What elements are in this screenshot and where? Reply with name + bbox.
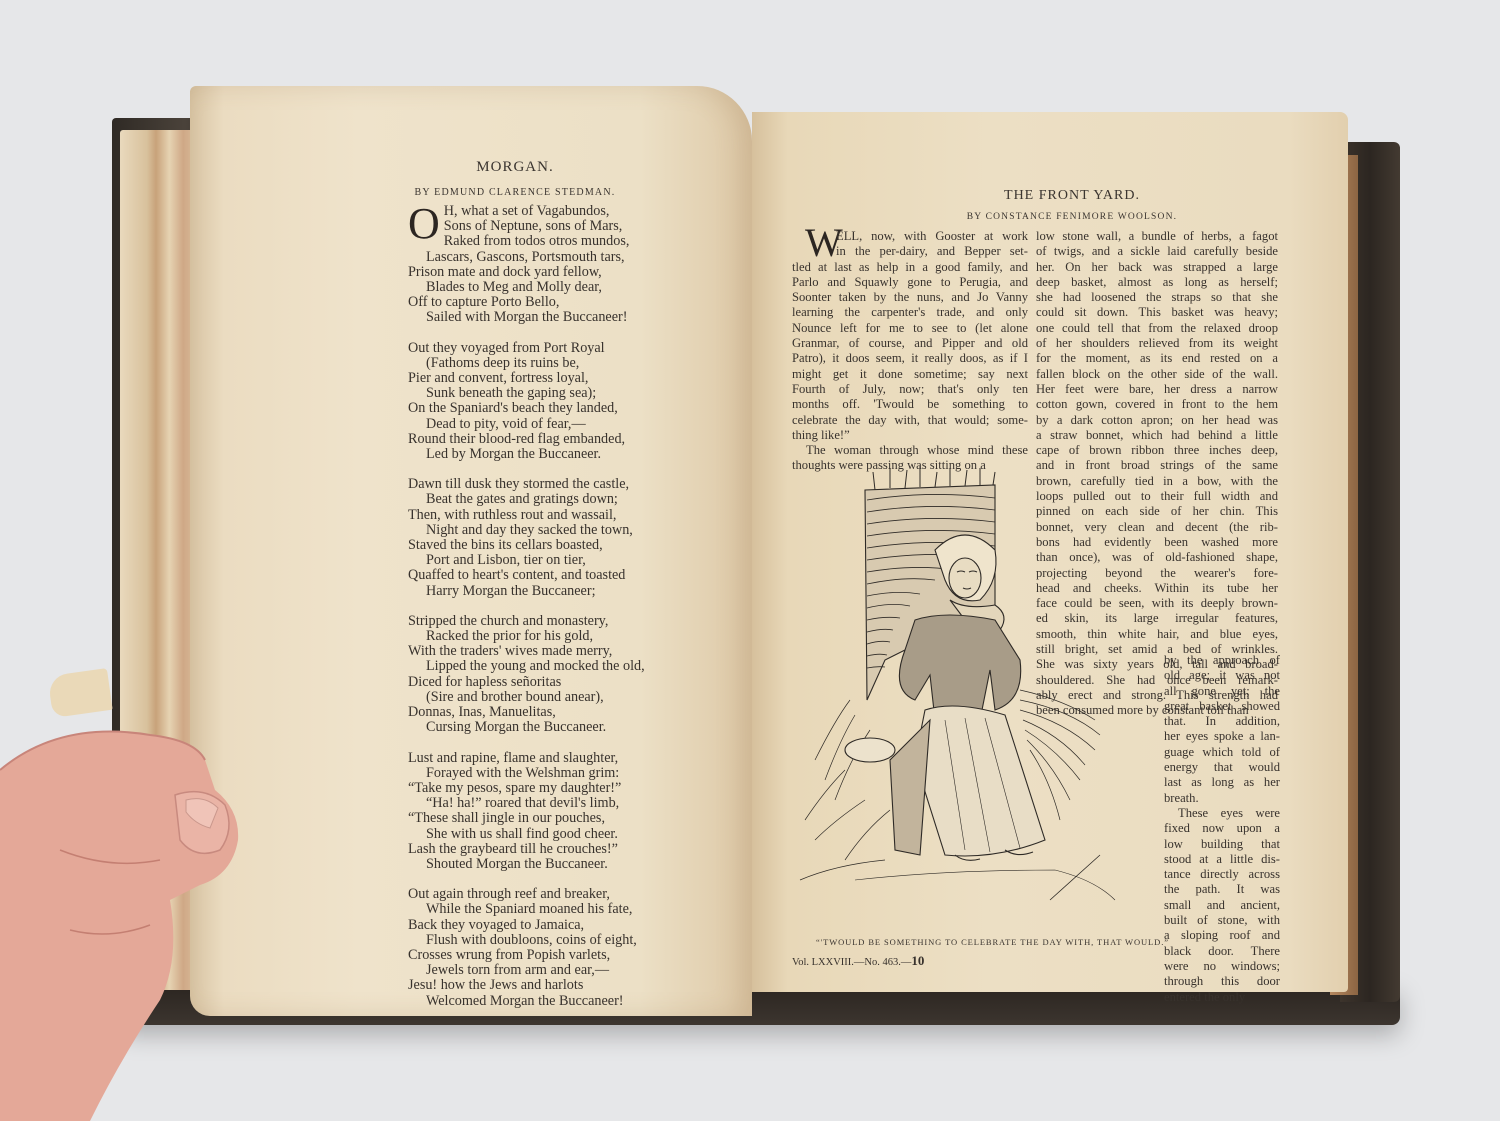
poem-line: Back they voyaged to Jamaica, (408, 918, 728, 933)
poem-line: Lust and rapine, flame and slaughter, (408, 751, 728, 766)
poem-line: “Ha! ha!” roared that devil's limb, (408, 796, 728, 811)
text-line: of her shoulders relieved from its weigh… (1036, 336, 1278, 351)
text-line: Patro), it doos seem, it really doos, as… (792, 351, 1028, 366)
text-line: celebrate the day with, that would; some… (792, 413, 1028, 428)
poem-line: Lascars, Gascons, Portsmouth tars, (408, 250, 728, 265)
poem-line: (Sire and brother bound anear), (408, 690, 728, 705)
page-folio: Vol. LXXVIII.—No. 463.—10 (792, 953, 924, 969)
text-line: of twigs, and a sickle laid carefully be… (1036, 244, 1278, 259)
illustration-caption: “'TWOULD BE SOMETHING TO CELEBRATE THE D… (816, 937, 1176, 947)
poem-stanza: Stripped the church and monastery,Racked… (408, 614, 728, 736)
story-byline: BY CONSTANCE FENIMORE WOOLSON. (932, 212, 1212, 222)
text-line: deep basket, almost as long as herself; (1036, 275, 1278, 290)
poem-line: Sunk beneath the gaping sea); (408, 386, 728, 401)
poem-line: Raked from todos otros mundos, (408, 234, 728, 249)
text-line: by a dark cotton apron; on her head was (1036, 413, 1278, 428)
poem-line: Round their blood-red flag embanded, (408, 432, 728, 447)
text-line: low building that (1164, 837, 1280, 852)
poem-line: Port and Lisbon, tier on tier, (408, 553, 728, 568)
text-line: a sloping roof and (1164, 928, 1280, 943)
text-line: breath. (1164, 791, 1280, 806)
poem-line: Jewels torn from arm and ear,— (408, 963, 728, 978)
left-page[interactable]: MORGAN. BY EDMUND CLARENCE STEDMAN. OH, … (190, 86, 752, 1016)
poem-line: Sons of Neptune, sons of Mars, (408, 219, 728, 234)
text-line: Her feet were bare, her dress a narrow (1036, 382, 1278, 397)
poem-line: Then, with ruthless rout and wassail, (408, 508, 728, 523)
poem-line: Led by Morgan the Buccaneer. (408, 447, 728, 462)
hand-holding-page (0, 700, 245, 1121)
text-line: a straw bonnet, which had behind a littl… (1036, 428, 1278, 443)
text-line: the path. It was (1164, 882, 1280, 897)
story-column-narrow: by the approach ofold age; it was notall… (1164, 653, 1280, 1005)
poem-line: Harry Morgan the Buccaneer; (408, 584, 728, 599)
folio-number: 10 (911, 953, 924, 968)
poem-line: Sailed with Morgan the Buccaneer! (408, 310, 728, 325)
poem-line: Diced for hapless señoritas (408, 675, 728, 690)
text-line: in the per-dairy, and Bepper set- (792, 244, 1028, 259)
text-line: energy that would (1164, 760, 1280, 775)
poem-line: Stripped the church and monastery, (408, 614, 728, 629)
poem-line: Dead to pity, void of fear,— (408, 417, 728, 432)
text-line: she had loosened the straps so that she (1036, 290, 1278, 305)
text-line: learning the carpenter's trade, and only (792, 305, 1028, 320)
text-line: great basket showed (1164, 699, 1280, 714)
poem-line: Forayed with the Welshman grim: (408, 766, 728, 781)
poem-line: Blades to Meg and Molly dear, (408, 280, 728, 295)
poem-stanza: Lust and rapine, flame and slaughter,For… (408, 751, 728, 873)
story-column-1: ELL, now, with Gooster at workin the per… (792, 229, 1028, 474)
poem-line: Dawn till dusk they stormed the castle, (408, 477, 728, 492)
poem-line: Shouted Morgan the Buccaneer. (408, 857, 728, 872)
text-line: thing like!” (792, 428, 1028, 443)
text-line: stood at a little dis- (1164, 852, 1280, 867)
text-line: through this door (1164, 974, 1280, 989)
poem-line: While the Spaniard moaned his fate, (408, 902, 728, 917)
poem-line: On the Spaniard's beach they landed, (408, 401, 728, 416)
text-line: fallen block on the other side of the wa… (1036, 367, 1278, 382)
poem-line: Flush with doubloons, coins of eight, (408, 933, 728, 948)
text-line: tled at last as help in a good family, a… (792, 260, 1028, 275)
poem-byline: BY EDMUND CLARENCE STEDMAN. (390, 187, 640, 198)
poem-title: MORGAN. (440, 159, 590, 176)
poem-line: Quaffed to heart's content, and toasted (408, 568, 728, 583)
story-title: THE FRONT YARD. (952, 188, 1192, 204)
text-line: might get it done sometime; say next (792, 367, 1028, 382)
text-line: Nounce left for me to see to (let alone (792, 321, 1028, 336)
text-line: small and ancient, (1164, 898, 1280, 913)
poem-line: (Fathoms deep its ruins be, (408, 356, 728, 371)
text-line: all gone yet; the (1164, 684, 1280, 699)
text-line: Granmar, of course, and Pipper and old (792, 336, 1028, 351)
poem-stanza: OH, what a set of Vagabundos,Sons of Nep… (408, 204, 728, 326)
poem-stanza: Out they voyaged from Port Royal(Fathoms… (408, 341, 728, 463)
poem-line: Staved the bins its cellars boasted, (408, 538, 728, 553)
text-line: Parlo and Squawly gone to Perugia, and (792, 275, 1028, 290)
text-line: Fourth of July, now; that's only ten (792, 382, 1028, 397)
poem-line: H, what a set of Vagabundos, (408, 204, 728, 219)
text-line: tance directly across (1164, 867, 1280, 882)
text-line: old age; it was not (1164, 668, 1280, 683)
folio-volume: Vol. LXXVIII.—No. 463.— (792, 957, 911, 968)
poem-line: Out they voyaged from Port Royal (408, 341, 728, 356)
poem-stanza: Out again through reef and breaker,While… (408, 887, 728, 1009)
poem-line: Lipped the young and mocked the old, (408, 659, 728, 674)
poem-line: Prison mate and dock yard fellow, (408, 265, 728, 280)
poem-line: She with us shall find good cheer. (408, 827, 728, 842)
text-line: guage which told of (1164, 745, 1280, 760)
poem-line: Cursing Morgan the Buccaneer. (408, 720, 728, 735)
text-line: ELL, now, with Gooster at work (792, 229, 1028, 244)
text-line: These eyes were (1164, 806, 1280, 821)
text-line: one could tell that from the relaxed dro… (1036, 321, 1278, 336)
text-line: could sit down. This basket was heavy; (1036, 305, 1278, 320)
text-line: cotton gown, covered in front to the hem (1036, 397, 1278, 412)
text-line: by the approach of (1164, 653, 1280, 668)
illustration-woman-with-basket (795, 460, 1125, 930)
poem-line: Lash the graybeard till he crouches!” (408, 842, 728, 857)
text-line: The woman through whose mind these (792, 443, 1028, 458)
poem-line: “These shall jingle in our pouches, (408, 811, 728, 826)
text-line: months off. 'Twould be something to (792, 397, 1028, 412)
poem-line: Beat the gates and gratings down; (408, 492, 728, 507)
poem-line: With the traders' wives made merry, (408, 644, 728, 659)
poem-line: Night and day they sacked the town, (408, 523, 728, 538)
text-line: for the moment, as its end rested on a (1036, 351, 1278, 366)
text-line: built of stone, with (1164, 913, 1280, 928)
poem-body: OH, what a set of Vagabundos,Sons of Nep… (408, 204, 728, 1024)
text-line: her eyes spoke a lan- (1164, 729, 1280, 744)
poem-line: Pier and convent, fortress loyal, (408, 371, 728, 386)
text-line: her. On her back was strapped a large (1036, 260, 1278, 275)
text-line: fixed now upon a (1164, 821, 1280, 836)
poem-line: Donnas, Inas, Manuelitas, (408, 705, 728, 720)
text-line: Soonter taken by the nuns, and Jo Vanny (792, 290, 1028, 305)
text-line: were no windows; (1164, 959, 1280, 974)
text-line: cape of brown ribbon three inches deep, (1036, 443, 1278, 458)
text-line: black door. There (1164, 944, 1280, 959)
poem-line: Crosses wrung from Popish varlets, (408, 948, 728, 963)
text-line: that. In addition, (1164, 714, 1280, 729)
poem-line: Out again through reef and breaker, (408, 887, 728, 902)
text-line: last as long as her (1164, 775, 1280, 790)
poem-line: Racked the prior for his gold, (408, 629, 728, 644)
poem-stanza: Dawn till dusk they stormed the castle,B… (408, 477, 728, 599)
poem-line: Jesu! how the Jews and harlots (408, 978, 728, 993)
poem-dropcap: O (408, 206, 440, 242)
poem-line: “Take my pesos, spare my daughter!” (408, 781, 728, 796)
text-line: low stone wall, a bundle of herbs, a fag… (1036, 229, 1278, 244)
poem-line: Welcomed Morgan the Buccaneer! (408, 994, 728, 1009)
poem-line: Off to capture Porto Bello, (408, 295, 728, 310)
text-line: entered the only (1164, 990, 1280, 1005)
